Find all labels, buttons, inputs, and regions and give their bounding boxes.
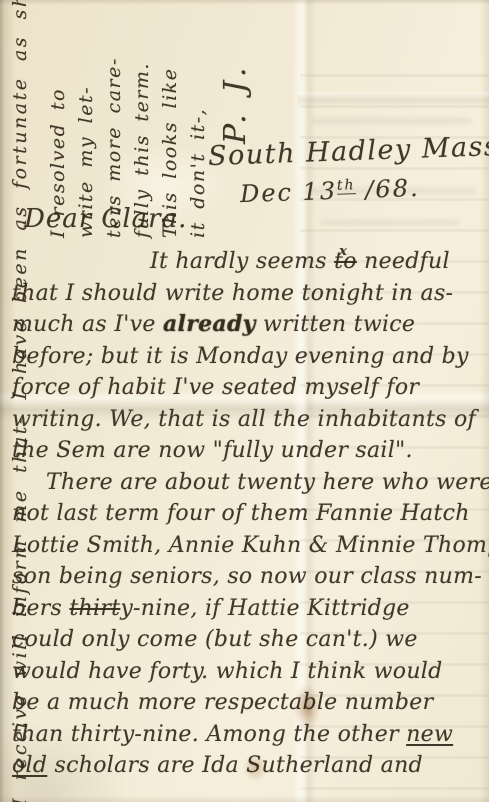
body-line: It hardly seems tox needful	[12, 246, 485, 278]
struck-word: thirt	[69, 596, 120, 621]
ink-showthrough-streak	[320, 220, 460, 225]
salutation: Dear Clara.	[24, 204, 187, 234]
body-line: much as I've already written twice	[12, 309, 485, 341]
horizontal-crease	[298, 92, 489, 106]
body-text: could only come (but she can't.) we	[12, 627, 418, 652]
date-year: /68.	[355, 174, 420, 204]
body-text: writing. We, that is all the inhabitants…	[12, 407, 476, 432]
letter-body: It hardly seems tox needful that I shoul…	[12, 246, 485, 782]
body-text: that I should write home tonight in as-	[12, 281, 453, 306]
blotted-word: already	[163, 311, 256, 337]
body-line: that I should write home tonight in as-	[12, 278, 485, 310]
body-text: force of habit I've seated myself for	[12, 375, 419, 400]
body-text: the Sem are now "fully under sail".	[12, 438, 413, 463]
body-line: not last term four of them Fannie Hatch	[12, 498, 485, 530]
body-line: Lottie Smith, Annie Kuhn & Minnie Thomp-	[12, 530, 485, 562]
body-line: be a much more respectable number	[12, 687, 485, 719]
date-day: Dec 13	[240, 177, 338, 208]
postscript-vertical-block: I resolved to write my let- ters more ca…	[44, 0, 216, 238]
postscript-line: fully this term.	[128, 0, 156, 238]
postscript-line: write my let-	[72, 0, 100, 238]
body-text: y-nine, if Hattie Kittridge	[120, 596, 409, 621]
underlined-word: new	[406, 722, 453, 747]
paper-stain-small	[243, 754, 267, 782]
body-line: before; but it is Monday evening and by	[12, 341, 485, 373]
postscript-line: it don't it-,	[184, 0, 212, 238]
ink-showthrough-streak	[312, 118, 472, 124]
body-line: than thirty-nine. Among the other new	[12, 719, 485, 751]
body-text: much as I've	[12, 312, 163, 337]
body-text: There are about twenty here who were	[46, 470, 489, 495]
body-line: There are about twenty here who were	[12, 467, 485, 499]
body-text: written twice	[256, 312, 416, 337]
body-text: before; but it is Monday evening and by	[12, 344, 469, 369]
paper-stain-large	[293, 684, 321, 730]
underlined-word: old	[12, 753, 47, 778]
body-line: would have forty. which I think would	[12, 656, 485, 688]
letter-page: I receive will inform me that- I have be…	[0, 0, 489, 802]
body-text: It hardly seems	[150, 249, 334, 274]
body-line: force of habit I've seated myself for	[12, 372, 485, 404]
postscript-line: ters more care-	[100, 0, 128, 238]
body-text: scholars are Ida Sutherland and	[47, 753, 423, 778]
body-text: Lottie Smith, Annie Kuhn & Minnie Thomp-	[12, 533, 489, 558]
body-line: the Sem are now "fully under sail".	[12, 435, 485, 467]
correction-mark: x	[339, 236, 347, 268]
body-line: could only come (but she can't.) we	[12, 624, 485, 656]
body-text: than thirty-nine. Among the other	[12, 722, 406, 747]
corrected-word: tox	[334, 249, 357, 274]
body-text: needful	[357, 249, 450, 274]
postscript-line: This looks like	[156, 0, 184, 238]
body-text: not last term four of them Fannie Hatch	[12, 501, 470, 526]
date-ordinal-suffix: th	[337, 177, 356, 195]
signature-initials: P. J.	[212, 18, 260, 144]
body-line: son being seniors, so now our class num-	[12, 561, 485, 593]
body-text: be a much more respectable number	[12, 690, 433, 715]
postscript-line: I resolved to	[44, 0, 72, 238]
body-text: son being seniors, so now our class num-	[12, 564, 482, 589]
body-text: would have forty. which I think would	[12, 659, 443, 684]
body-line: writing. We, that is all the inhabitants…	[12, 404, 485, 436]
body-text: bers	[12, 596, 69, 621]
body-line: bers thirty-nine, if Hattie Kittridge	[12, 593, 485, 625]
